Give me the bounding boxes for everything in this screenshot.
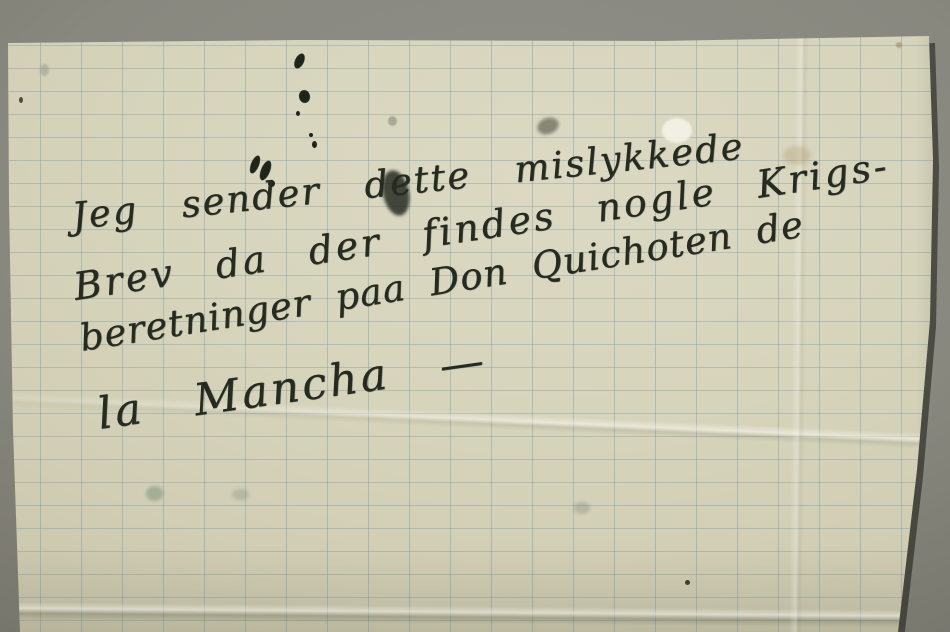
photo-backdrop: Jeg sender dette mislykkede Brev da der … xyxy=(0,0,950,632)
note-paper: Jeg sender dette mislykkede Brev da der … xyxy=(0,0,950,632)
handwritten-note: Jeg sender dette mislykkede Brev da der … xyxy=(0,0,950,632)
handwriting-line-4: la Mancha — xyxy=(94,336,489,441)
